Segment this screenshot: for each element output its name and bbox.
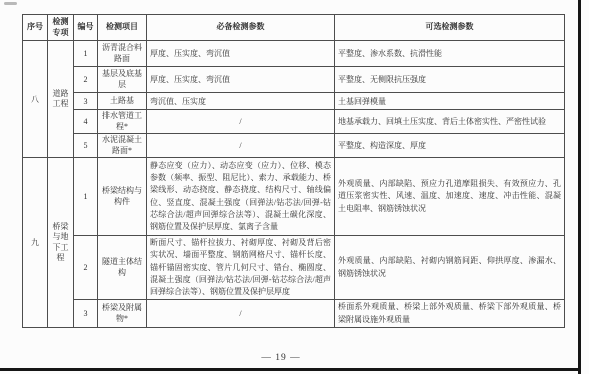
cell-no: 2 <box>74 236 98 300</box>
cell-item: 隧道主体结构 <box>98 236 147 300</box>
cell-no: 1 <box>74 41 98 67</box>
cell-optional: 外观质量、内部缺陷、预应力孔道摩阻损失、有效预应力、孔道压浆密实性、风速、温度、… <box>335 158 565 236</box>
header-item: 检测项目 <box>98 15 147 41</box>
header-specialty: 检测专项 <box>48 15 74 41</box>
cell-required: 静态应变（应力）、动态应变（应力）、位移、模态参数（频率、振型、阻尼比）、索力、… <box>147 158 335 236</box>
table-row: 2 隧道主体结构 断面尺寸、锚杆拉拔力、衬砌厚度、衬砌及背后密实状况、墙面平整度… <box>23 236 565 300</box>
cell-section-serial: 八 <box>23 41 48 158</box>
table-row: 3 桥梁及附属物* / 桥面系外观质量、桥梁上部外观质量、桥梁下部外观质量、桥梁… <box>23 300 565 328</box>
table-row: 5 水泥混凝土路面* / 平整度、构造深度、厚度 <box>23 134 565 158</box>
cell-no: 4 <box>74 110 98 134</box>
scan-page-edge-right <box>578 0 581 374</box>
cell-required: 弯沉值、压实度 <box>147 93 335 110</box>
table-row: 4 排水管道工程* / 地基承载力、回填土压实度、背后土体密实性、严密性试验 <box>23 110 565 134</box>
cell-item: 桥梁及附属物* <box>98 300 147 328</box>
cell-item: 桥梁结构与构件 <box>98 158 147 236</box>
cell-section-specialty: 道路工程 <box>48 41 74 158</box>
table-row: 2 基层及底基层 厚度、压实度、弯沉值 平整度、无侧限抗压强度 <box>23 67 565 93</box>
cell-optional: 土基回弹模量 <box>335 93 565 110</box>
cell-item: 沥青混合料路面 <box>98 41 147 67</box>
table-header-row: 序号 检测专项 编号 检测项目 必备检测参数 可选检测参数 <box>23 15 565 41</box>
cell-optional: 平整度、构造深度、厚度 <box>335 134 565 158</box>
cell-item: 排水管道工程* <box>98 110 147 134</box>
cell-no: 2 <box>74 67 98 93</box>
header-serial: 序号 <box>23 15 48 41</box>
page-number: — 19 — <box>0 353 562 363</box>
document-page: 序号 检测专项 编号 检测项目 必备检测参数 可选检测参数 八 道路工程 1 沥… <box>0 0 589 374</box>
table-row: 八 道路工程 1 沥青混合料路面 厚度、压实度、弯沉值 平整度、渗水系数、抗滑性… <box>23 41 565 67</box>
cell-optional: 桥面系外观质量、桥梁上部外观质量、桥梁下部外观质量、桥梁附属设施外观质量 <box>335 300 565 328</box>
header-required-params: 必备检测参数 <box>147 15 335 41</box>
cell-item: 土路基 <box>98 93 147 110</box>
cell-required: 厚度、压实度、弯沉值 <box>147 41 335 67</box>
cell-item: 水泥混凝土路面* <box>98 134 147 158</box>
cell-required: 厚度、压实度、弯沉值 <box>147 67 335 93</box>
cell-item: 基层及底基层 <box>98 67 147 93</box>
cell-required: / <box>147 110 335 134</box>
table-row: 3 土路基 弯沉值、压实度 土基回弹模量 <box>23 93 565 110</box>
cell-no: 1 <box>74 158 98 236</box>
cell-section-specialty: 桥梁与地下工程 <box>48 158 74 328</box>
cell-optional: 外观质量、内部缺陷、衬砌内钢筋间距、仰拱厚度、渗漏水、钢筋锈蚀状况 <box>335 236 565 300</box>
cell-no: 3 <box>74 93 98 110</box>
cell-no: 3 <box>74 300 98 328</box>
cell-section-serial: 九 <box>23 158 48 328</box>
cell-required: / <box>147 300 335 328</box>
cell-optional: 平整度、渗水系数、抗滑性能 <box>335 41 565 67</box>
cell-required: 断面尺寸、锚杆拉拔力、衬砌厚度、衬砌及背后密实状况、墙面平整度、钢筋网格尺寸、锚… <box>147 236 335 300</box>
table-row: 九 桥梁与地下工程 1 桥梁结构与构件 静态应变（应力）、动态应变（应力）、位移… <box>23 158 565 236</box>
cell-optional: 平整度、无侧限抗压强度 <box>335 67 565 93</box>
scan-page-edge-bottom <box>0 368 581 371</box>
inspection-parameters-table: 序号 检测专项 编号 检测项目 必备检测参数 可选检测参数 八 道路工程 1 沥… <box>22 14 565 328</box>
header-optional-params: 可选检测参数 <box>335 15 565 41</box>
cell-required: / <box>147 134 335 158</box>
header-no: 编号 <box>74 15 98 41</box>
cell-no: 5 <box>74 134 98 158</box>
scan-artifact <box>4 2 17 5</box>
cell-optional: 地基承载力、回填土压实度、背后土体密实性、严密性试验 <box>335 110 565 134</box>
